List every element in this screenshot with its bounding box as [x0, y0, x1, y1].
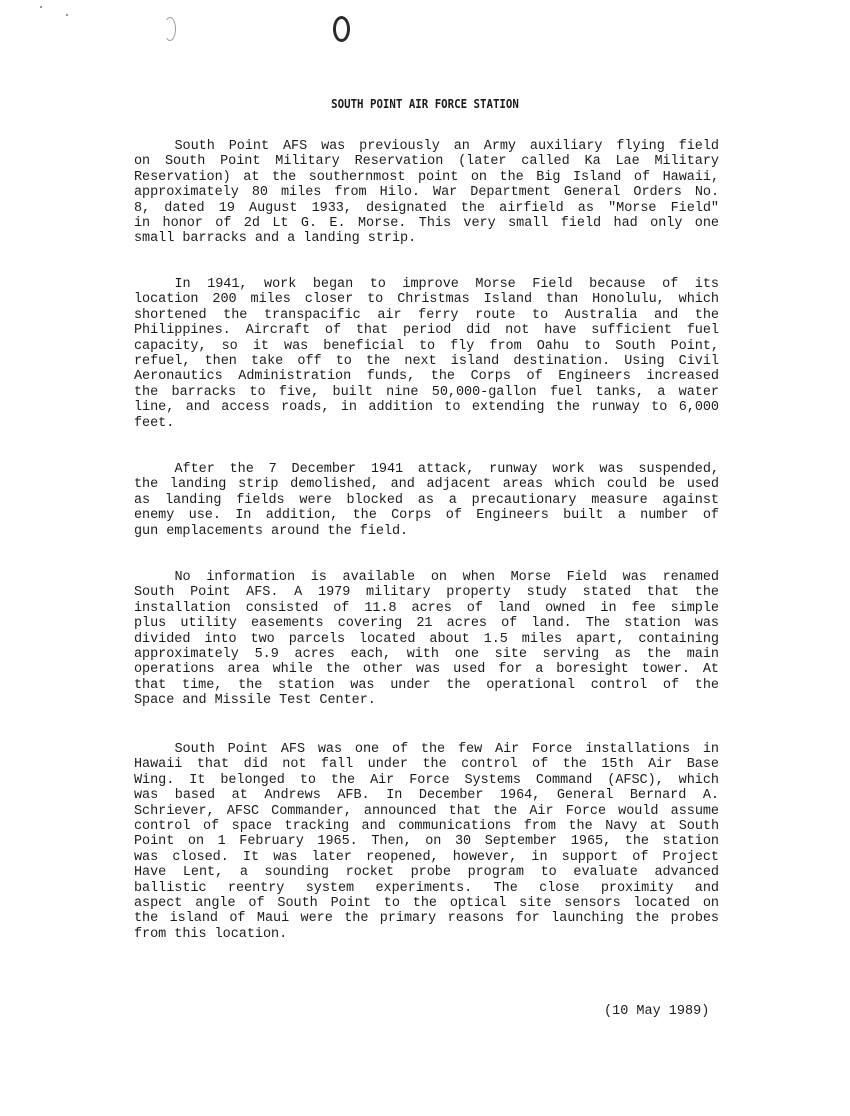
- text-line: Schriever, AFSC Commander, announced tha…: [134, 804, 719, 819]
- text-line: plus utility easements covering 21 acres…: [134, 616, 719, 631]
- text-line: Space and Missile Test Center.: [134, 693, 719, 708]
- text-line: 8, dated 19 August 1933, designated the …: [134, 201, 719, 216]
- text-line: was based at Andrews AFB. In December 19…: [134, 788, 719, 803]
- text-line: the landing strip demolished, and adjace…: [134, 477, 719, 492]
- scan-speck: [40, 6, 42, 8]
- text-line: location 200 miles closer to Christmas I…: [134, 292, 719, 307]
- punch-hole-left: [164, 17, 176, 41]
- text-line: as landing fields were blocked as a prec…: [134, 493, 719, 508]
- scan-speck: [66, 14, 68, 16]
- text-line: aspect angle of South Point to the optic…: [134, 896, 719, 911]
- text-line: small barracks and a landing strip.: [134, 231, 719, 246]
- text-line: approximately 5.9 acres each, with one s…: [134, 647, 719, 662]
- text-line: enemy use. In addition, the Corps of Eng…: [134, 508, 719, 523]
- text-line: in honor of 2d Lt G. E. Morse. This very…: [134, 216, 719, 231]
- text-line: from this location.: [134, 927, 719, 942]
- text-line: feet.: [134, 416, 719, 431]
- text-line: that time, the station was under the ope…: [134, 678, 719, 693]
- text-line: operations area while the other was used…: [134, 662, 719, 677]
- text-line: control of space tracking and communicat…: [134, 819, 719, 834]
- document-date: (10 May 1989): [604, 1004, 709, 1019]
- text-line: shortened the transpacific air ferry rou…: [134, 308, 719, 323]
- text-line: South Point AFS. A 1979 military propert…: [134, 585, 719, 600]
- text-line: the barracks to five, built nine 50,000-…: [134, 385, 719, 400]
- paragraph-3: After the 7 December 1941 attack, runway…: [134, 462, 719, 539]
- text-line: Reservation) at the southernmost point o…: [134, 170, 719, 185]
- text-line: refuel, then take off to the next island…: [134, 354, 719, 369]
- text-line: After the 7 December 1941 attack, runway…: [134, 462, 719, 477]
- text-line: installation consisted of 11.8 acres of …: [134, 601, 719, 616]
- text-line: South Point AFS was previously an Army a…: [134, 139, 719, 154]
- text-line: Aeronautics Administration funds, the Co…: [134, 369, 719, 384]
- text-line: line, and access roads, in addition to e…: [134, 400, 719, 415]
- text-line: capacity, so it was beneficial to fly fr…: [134, 339, 719, 354]
- text-line: gun emplacements around the field.: [134, 524, 719, 539]
- paragraph-2: In 1941, work began to improve Morse Fie…: [134, 277, 719, 431]
- text-line: South Point AFS was one of the few Air F…: [134, 742, 719, 757]
- punch-hole-right: [333, 16, 350, 42]
- text-line: on South Point Military Reservation (lat…: [134, 154, 719, 169]
- text-line: ballistic reentry system experiments. Th…: [134, 881, 719, 896]
- text-line: In 1941, work began to improve Morse Fie…: [134, 277, 719, 292]
- paragraph-5: South Point AFS was one of the few Air F…: [134, 742, 719, 942]
- text-line: Point on 1 February 1965. Then, on 30 Se…: [134, 834, 719, 849]
- text-line: Wing. It belonged to the Air Force Syste…: [134, 773, 719, 788]
- text-line: the island of Maui were the primary reas…: [134, 911, 719, 926]
- document-title: SOUTH POINT AIR FORCE STATION: [60, 96, 791, 111]
- text-line: Hawaii that did not fall under the contr…: [134, 757, 719, 772]
- paragraph-1: South Point AFS was previously an Army a…: [134, 139, 719, 247]
- text-line: Philippines. Aircraft of that period did…: [134, 323, 719, 338]
- paragraph-4: No information is available on when Mors…: [134, 570, 719, 709]
- text-line: Have Lent, a sounding rocket probe progr…: [134, 865, 719, 880]
- text-line: approximately 80 miles from Hilo. War De…: [134, 185, 719, 200]
- text-line: was closed. It was later reopened, howev…: [134, 850, 719, 865]
- text-line: No information is available on when Mors…: [134, 570, 719, 585]
- text-line: divided into two parcels located about 1…: [134, 632, 719, 647]
